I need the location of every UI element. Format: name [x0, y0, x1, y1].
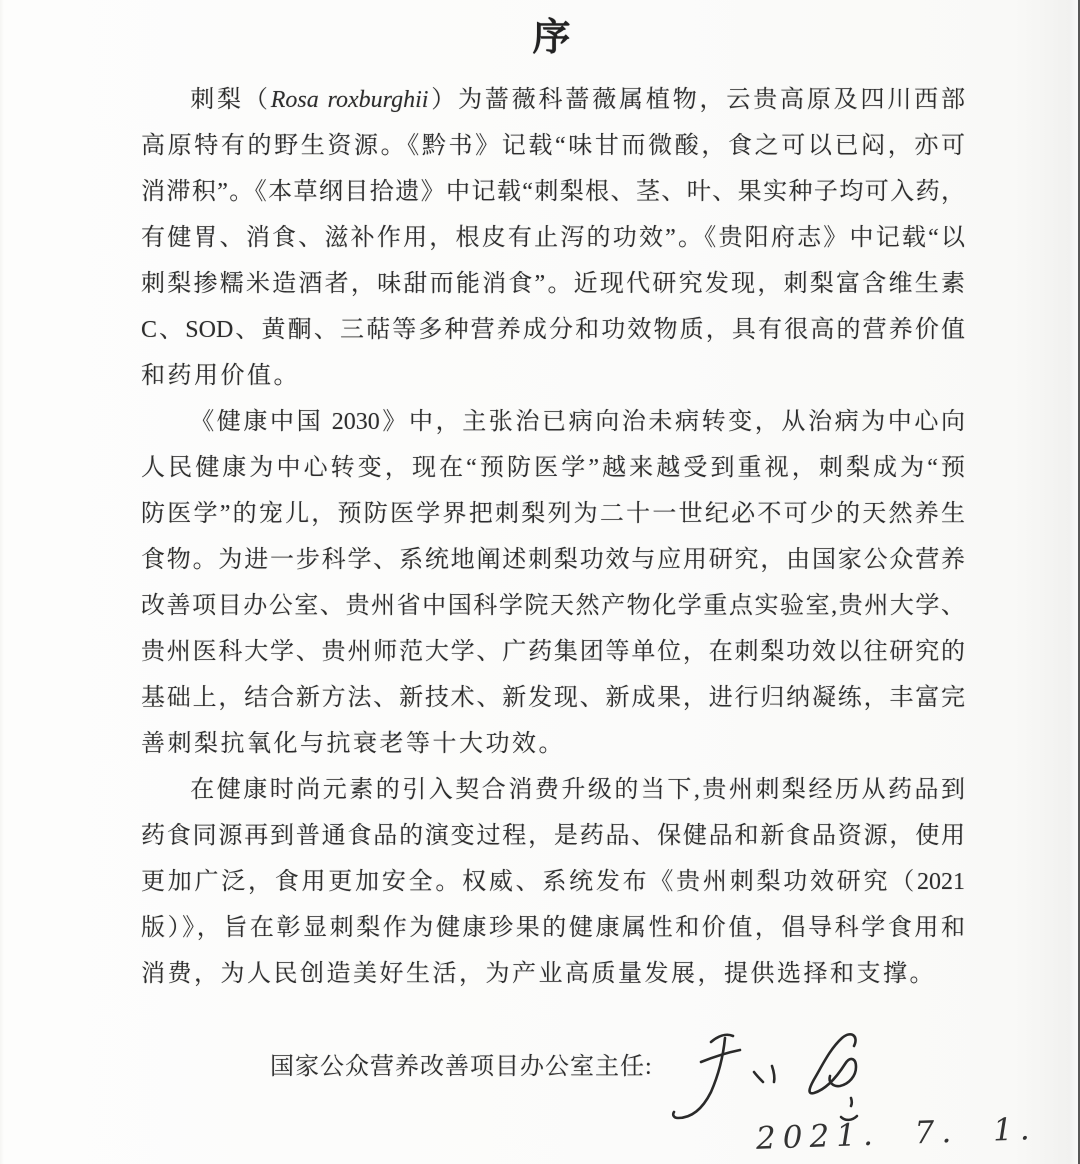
paragraph: 《健康中国 2030》中，主张治已病向治未病转变，从治病为中心向人民健康为中心转… [141, 399, 965, 767]
page-title: 序 [140, 6, 965, 61]
text-line: 有健胃、消食、滋补作用，根皮有止泻的功效”。《贵阳府志》中记载“以 [141, 215, 965, 261]
text-line: 贵州医科大学、贵州师范大学、广药集团等单位，在刺梨功效以往研究的 [141, 629, 965, 675]
text-line: 和药用价值。 [141, 353, 965, 399]
paragraph: 刺梨（Rosa roxburghii）为蔷薇科蔷薇属植物，云贵高原及四川西部高原… [141, 77, 965, 399]
text-line: 刺梨掺糯米造酒者，味甜而能消食”。近现代研究发现，刺梨富含维生素 [141, 261, 965, 307]
text-line: 更加广泛，食用更加安全。权威、系统发布《贵州刺梨功效研究（2021 [141, 859, 965, 905]
text-line: 在健康时尚元素的引入契合消费升级的当下,贵州刺梨经历从药品到 [141, 767, 965, 813]
text-line: 基础上，结合新方法、新技术、新发现、新成果，进行归纳凝练，丰富完 [141, 675, 965, 721]
document-body: 刺梨（Rosa roxburghii）为蔷薇科蔷薇属植物，云贵高原及四川西部高原… [141, 77, 965, 997]
text-line: 改善项目办公室、贵州省中国科学院天然产物化学重点实验室,贵州大学、 [141, 583, 965, 629]
handwritten-signature [648, 1016, 878, 1134]
signatory-title: 国家公众营养改善项目办公室主任: [270, 1046, 653, 1081]
text-line: C、SOD、黄酮、三萜等多种营养成分和功效物质，具有很高的营养价值 [141, 307, 965, 353]
text-line: 消费，为人民创造美好生活，为产业高质量发展，提供选择和支撑。 [141, 951, 965, 997]
text-line: 《健康中国 2030》中，主张治已病向治未病转变，从治病为中心向 [141, 399, 965, 445]
text-line: 刺梨（Rosa roxburghii）为蔷薇科蔷薇属植物，云贵高原及四川西部 [141, 77, 965, 123]
text-line: 防医学”的宠儿，预防医学界把刺梨列为二十一世纪必不可少的天然养生 [141, 491, 965, 537]
paragraph: 在健康时尚元素的引入契合消费升级的当下,贵州刺梨经历从药品到药食同源再到普通食品… [141, 767, 965, 997]
text-line: 药食同源再到普通食品的演变过程，是药品、保健品和新食品资源，使用 [141, 813, 965, 859]
text-line: 版）》，旨在彰显刺梨作为健康珍果的健康属性和价值，倡导科学食用和 [141, 905, 965, 951]
text-line: 善刺梨抗氧化与抗衰老等十大功效。 [141, 721, 965, 767]
text-line: 食物。为进一步科学、系统地阐述刺梨功效与应用研究，由国家公众营养 [141, 537, 965, 583]
scanned-preface-page: 序 刺梨（Rosa roxburghii）为蔷薇科蔷薇属植物，云贵高原及四川西部… [0, 0, 1080, 1164]
text-line: 消滞积”。《本草纲目拾遗》中记载“刺梨根、茎、叶、果实种子均可入药， [141, 169, 965, 215]
text-line: 人民健康为中心转变，现在“预防医学”越来越受到重视，刺梨成为“预 [141, 445, 965, 491]
text-line: 高原特有的野生资源。《黔书》记载“味甘而微酸，食之可以已闷，亦可 [141, 123, 965, 169]
